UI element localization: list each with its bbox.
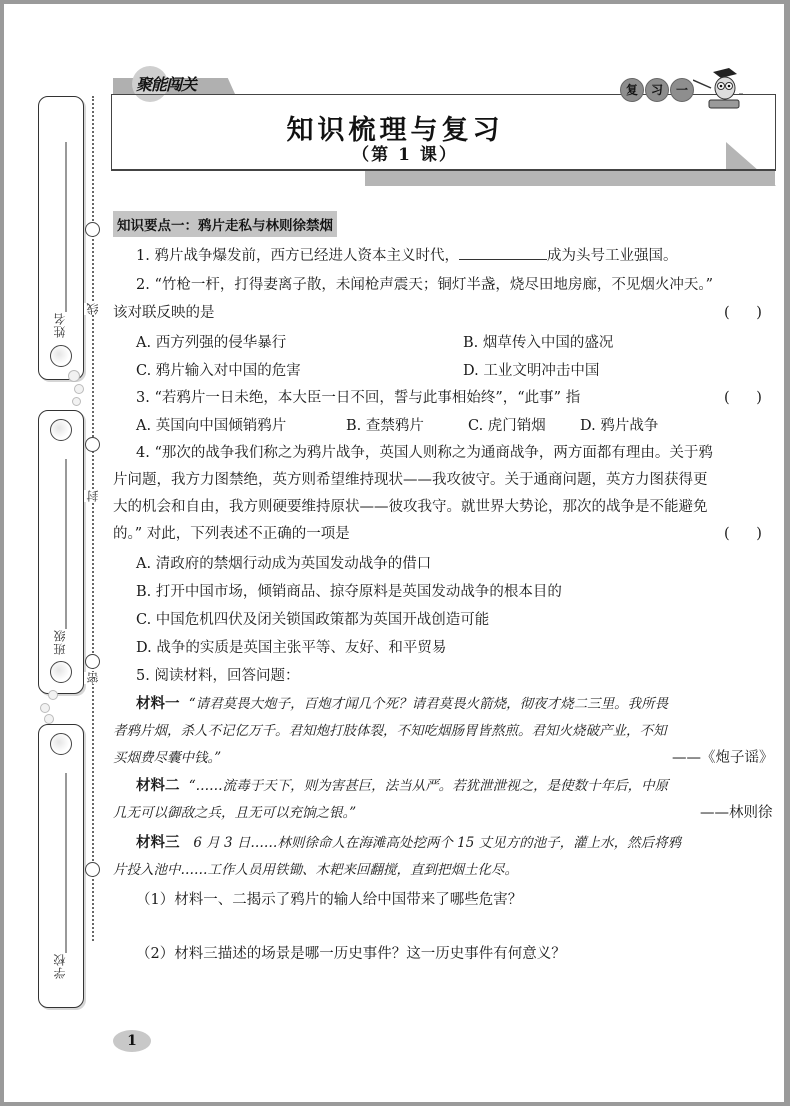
decorative-bubble <box>48 690 58 700</box>
q4-option-c[interactable]: C. 中国危机四伏及闭关锁国政策都为英国开战创造可能 <box>136 610 773 630</box>
punch-hole-icon <box>50 345 72 367</box>
material-2: 材料二 “……流毒于天下，则为害甚巨，法当从严。若犹泄泄视之，是使数十年后，中原 <box>136 776 773 796</box>
decorative-bubble <box>72 397 81 406</box>
page-frame-bottom <box>0 1102 790 1106</box>
seal-char-xian: 线 <box>84 303 102 315</box>
material-2-source: ——林则徐 <box>700 803 773 823</box>
q3-option-d[interactable]: D. 鸦片战争 <box>580 416 658 436</box>
question-2-stem-cont: 该对联反映的是 <box>113 303 773 323</box>
review-badge: 复 <box>620 78 644 102</box>
seal-char-feng: 封 <box>84 490 102 502</box>
decorative-bubble <box>74 384 84 394</box>
section-heading: 知识要点一：鸦片走私与林则徐禁烟 <box>113 211 337 237</box>
question-4-stem: 4. “那次的战争我们称之为鸦片战争，英国人则称之为通商战争，两方面都有理由。关… <box>136 443 773 463</box>
question-4-stem-cont: 片问题，我方力图禁绝，英方则希望维持现状——我攻彼守。关于通商问题，英方力图获得… <box>113 470 773 490</box>
class-write-line[interactable] <box>65 459 67 629</box>
sub-question-2: （2）材料三描述的场景是哪一历史事件？这一历史事件有何意义？ <box>136 944 773 964</box>
name-label: 姓名 <box>51 312 73 338</box>
question-4-stem-cont: 大的机会和自由，我方则硬要维持原状——彼攻我守。就世界大势论，那次的战争是不能避… <box>113 497 773 517</box>
answer-paren[interactable]: ( ) <box>724 388 762 408</box>
page-frame-right <box>784 0 790 1106</box>
lesson-subtitle: （第 1 课） <box>0 140 790 165</box>
school-field-box: 学校 <box>38 724 84 1008</box>
question-4-stem-cont: 的。” 对此，下列表述不正确的一项是 <box>113 524 773 544</box>
q3-option-c[interactable]: C. 虎门销烟 <box>468 416 546 436</box>
material-2-text: “……流毒于天下，则为害甚巨，法当从严。若犹泄泄视之，是使数十年后，中原 <box>189 778 668 794</box>
question-2-stem: 2. “竹枪一杆，打得妻离子散，未闻枪声震天；铜灯半盏，烧尽田地房廊，不见烟火冲… <box>136 275 773 295</box>
series-logo: 聚能闯关 <box>136 72 196 95</box>
material-1-source: ——《炮子谣》 <box>672 748 774 768</box>
q2-option-b[interactable]: B. 烟草传入中国的盛况 <box>463 333 613 353</box>
review-badge: 一 <box>670 78 694 102</box>
question-1-text-end: 成为头号工业强国。 <box>547 248 678 264</box>
sub-question-1: （1）材料一、二揭示了鸦片的输人给中国带来了哪些危害？ <box>136 890 773 910</box>
title-box-shadow <box>365 170 775 186</box>
name-write-line[interactable] <box>65 142 67 312</box>
page-number: 1 <box>113 1030 151 1052</box>
seal-char-mi: 密 <box>84 672 102 684</box>
q4-option-b[interactable]: B. 打开中国市场，倾销商品、掠夺原料是英国发动战争的根本目的 <box>136 582 773 602</box>
review-badge: 习 <box>645 78 669 102</box>
material-3-label: 材料三 <box>136 834 180 851</box>
answer-paren[interactable]: ( ) <box>724 524 762 544</box>
q2-option-c[interactable]: C. 鸦片输入对中国的危害 <box>136 361 301 381</box>
material-1: 材料一 “请君莫畏大炮子，百炮才闻几个死？请君莫畏火箭烧，彻夜才烧二三里。我所畏 <box>136 694 773 714</box>
class-field-box: 班级 <box>38 410 84 694</box>
decorative-bubble <box>40 703 50 713</box>
decorative-bubble <box>68 370 80 382</box>
question-1: 1. 鸦片战争爆发前，西方已经进人资本主义时代，成为头号工业强国。 <box>136 245 773 266</box>
seal-circle-icon <box>85 654 100 669</box>
q3-option-b[interactable]: B. 查禁鸦片 <box>346 416 424 436</box>
seal-circle-icon <box>85 862 100 877</box>
material-1-label: 材料一 <box>136 695 180 712</box>
class-label: 班级 <box>51 629 73 655</box>
material-1-text-cont: 者鸦片烟，杀人不记亿万千。君知炮打肢体裂，不知吃烟肠胃皆熬煎。君知火烧破产业，不… <box>113 721 773 741</box>
q3-option-a[interactable]: A. 英国向中国倾销鸦片 <box>136 416 286 436</box>
decorative-bubble <box>44 714 54 724</box>
q4-option-d[interactable]: D. 战争的实质是英国主张平等、友好、和平贸易 <box>136 638 773 658</box>
material-3-text: 6 月 3 日……林则徐命人在海滩高处挖两个 15 丈见方的池子，灌上水，然后将… <box>193 835 681 851</box>
page-frame-left <box>0 0 4 1106</box>
owl-teacher-mascot-icon <box>693 66 743 112</box>
punch-hole-icon <box>50 661 72 683</box>
seal-circle-icon <box>85 437 100 452</box>
school-write-line[interactable] <box>65 773 67 953</box>
material-2-text-cont: 几无可以御敌之兵，且无可以充饷之银。” <box>113 803 773 823</box>
question-1-text: 1. 鸦片战争爆发前，西方已经进人资本主义时代， <box>136 248 459 264</box>
school-label: 学校 <box>51 953 73 979</box>
answer-paren[interactable]: ( ) <box>724 303 762 323</box>
question-3-stem: 3. “若鸦片一日未绝，本大臣一日不回，誓与此事相始终”，“此事” 指 <box>136 388 773 408</box>
answer-blank[interactable] <box>459 245 547 260</box>
punch-hole-icon <box>50 419 72 441</box>
q2-option-d[interactable]: D. 工业文明冲击中国 <box>463 361 599 381</box>
material-2-label: 材料二 <box>136 777 180 794</box>
material-3: 材料三 6 月 3 日……林则徐命人在海滩高处挖两个 15 丈见方的池子，灌上水… <box>136 833 773 853</box>
material-3-text-cont: 片投入池中……工作人员用铁锄、木耙来回翻搅，直到把烟土化尽。 <box>113 860 773 880</box>
question-5-prompt: 5. 阅读材料，回答问题： <box>136 666 773 686</box>
page-frame-top <box>0 0 790 4</box>
q4-option-a[interactable]: A. 清政府的禁烟行动成为英国发动战争的借口 <box>136 554 773 574</box>
punch-hole-icon <box>50 733 72 755</box>
seal-circle-icon <box>85 222 100 237</box>
material-1-text: “请君莫畏大炮子，百炮才闻几个死？请君莫畏火箭烧，彻夜才烧二三里。我所畏 <box>189 696 668 712</box>
q2-option-a[interactable]: A. 西方列强的侵华暴行 <box>136 333 286 353</box>
